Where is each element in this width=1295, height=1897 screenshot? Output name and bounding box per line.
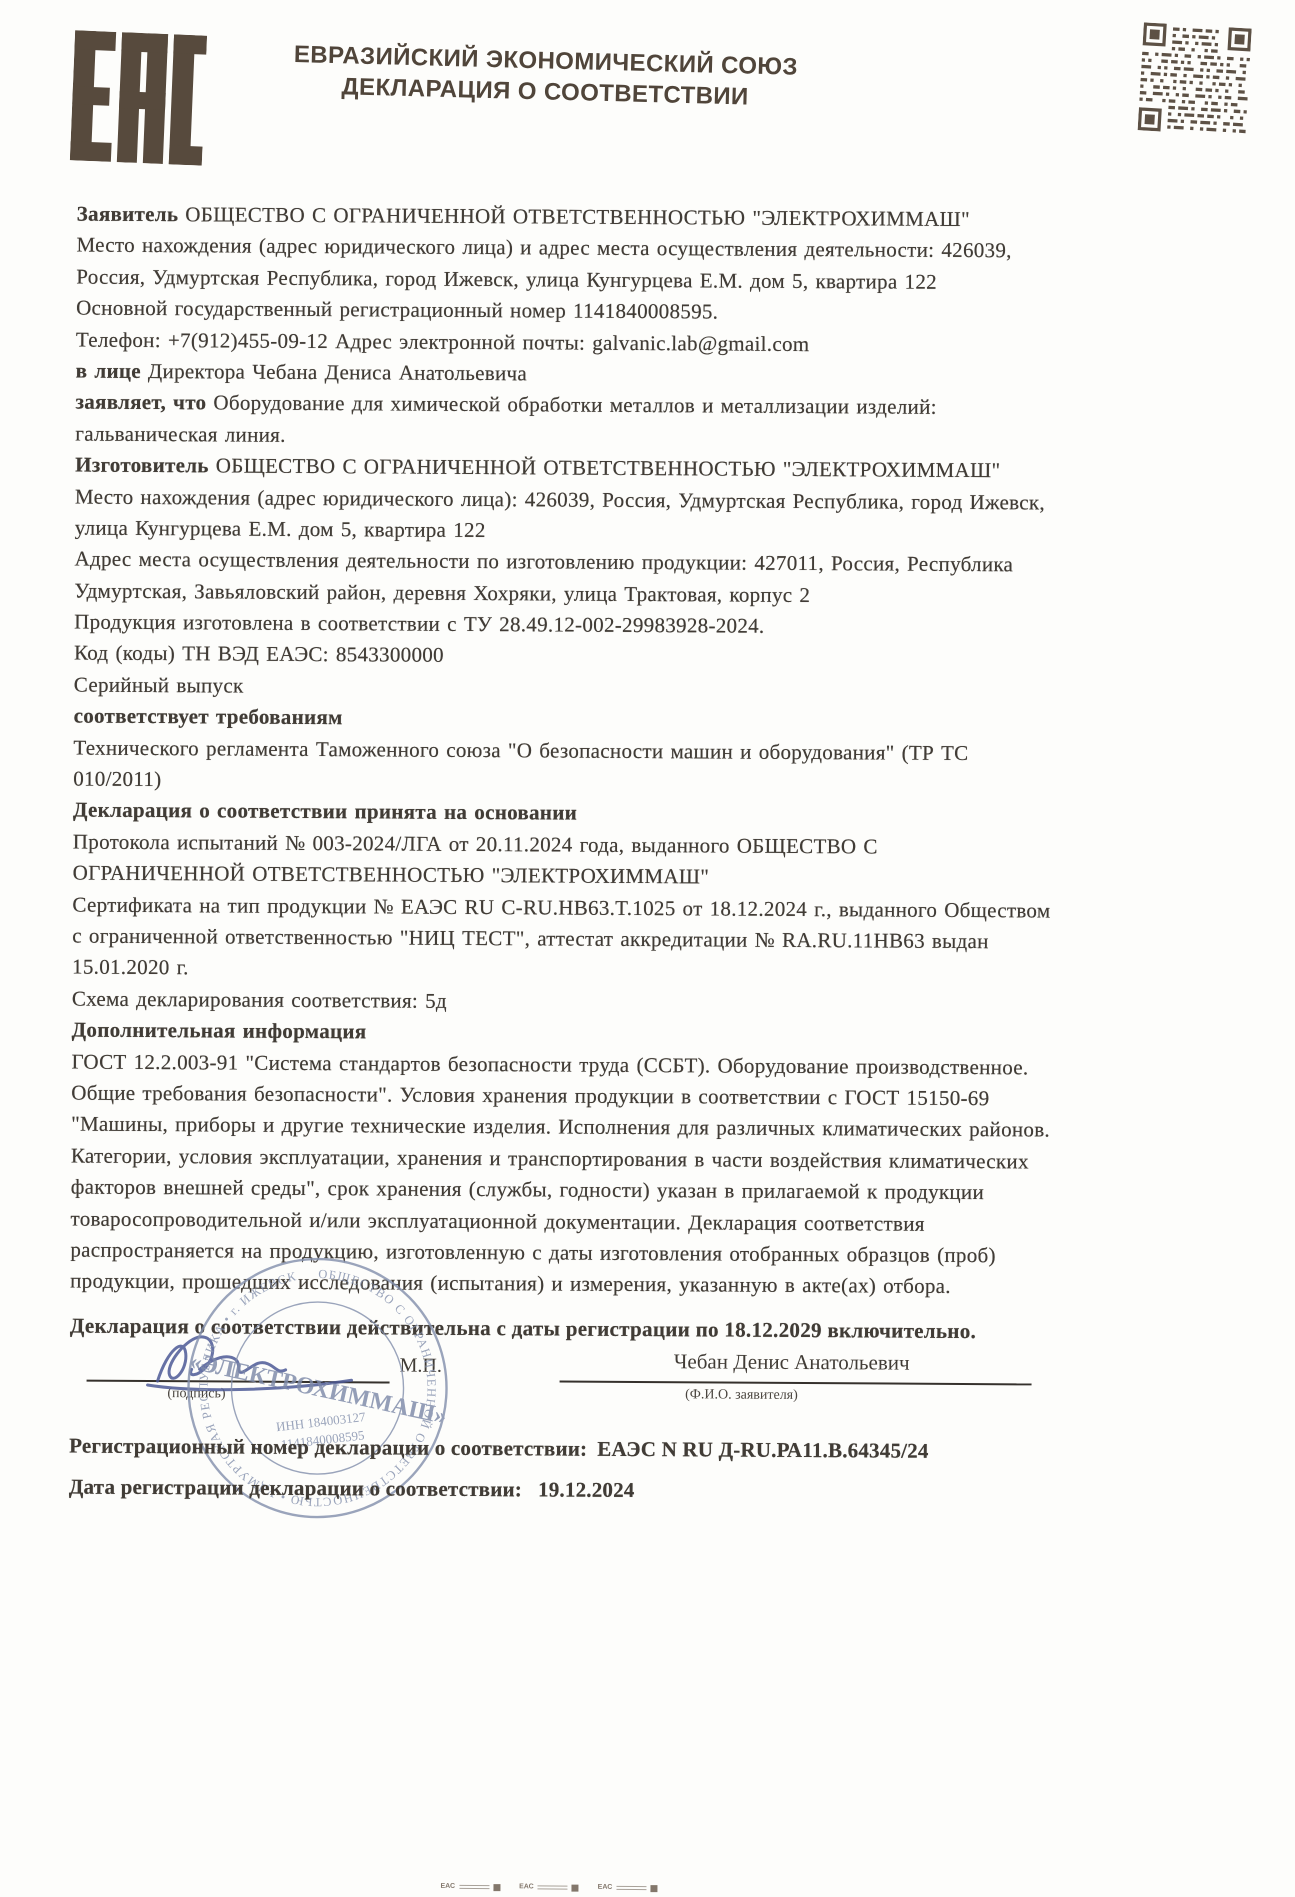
page-thumbnail: ЕАС: [519, 1883, 579, 1891]
doc-line-bold: Заявитель: [77, 202, 179, 227]
doc-line-bold: соответствует требованиям: [74, 704, 343, 730]
signer-name: Чебан Денис Анатольевич: [552, 1348, 1032, 1376]
registration-number-value: ЕАЭС N RU Д-RU.РА11.В.64345/24: [597, 1437, 928, 1463]
doc-line-text: ОБЩЕСТВО С ОГРАНИЧЕННОЙ ОТВЕТСТВЕННОСТЬЮ…: [178, 202, 970, 231]
registration-number-line: Регистрационный номер декларации о соотв…: [69, 1434, 929, 1464]
doc-line-text: "Машины, приборы и другие технические из…: [71, 1112, 1050, 1142]
registration-date-value: 19.12.2024: [538, 1477, 635, 1502]
thumb-eac-mark: ЕАС: [440, 1883, 455, 1891]
doc-line-text: ОГРАНИЧЕННОЙ ОТВЕТСТВЕННОСТЬЮ "ЭЛЕКТРОХИ…: [73, 861, 710, 889]
thumb-text-lines: [538, 1883, 568, 1891]
mp-seal-label: М.П.: [400, 1355, 442, 1378]
doc-line-text: 010/2011): [73, 767, 161, 792]
thumb-qr-icon: [650, 1885, 657, 1892]
fio-caption: (Ф.И.О. заявителя): [591, 1387, 891, 1405]
registration-number-label: Регистрационный номер декларации о соотв…: [69, 1434, 587, 1461]
page-thumbnails: ЕАС ЕАС ЕАС: [440, 1883, 657, 1892]
doc-line-text: Серийный выпуск: [74, 672, 244, 697]
doc-line-bold: в лице: [76, 359, 141, 383]
doc-line-text: Продукция изготовлена в соответствии с Т…: [74, 610, 764, 638]
declaration-document-page: ЕВРАЗИЙСКИЙ ЭКОНОМИЧЕСКИЙ СОЮЗ ДЕКЛАРАЦИ…: [0, 0, 1295, 1897]
thumb-text-lines: [459, 1883, 489, 1891]
doc-line-text: Россия, Удмуртская Республика, город Иже…: [76, 264, 937, 293]
doc-line-text: Директора Чебана Дениса Анатольевича: [141, 359, 527, 385]
doc-line-text: Место нахождения (адрес юридического лиц…: [75, 484, 1045, 514]
doc-line-text: с ограниченной ответственностью "НИЦ ТЕС…: [72, 924, 989, 954]
scan-rotation-layer: ЕВРАЗИЙСКИЙ ЭКОНОМИЧЕСКИЙ СОЮЗ ДЕКЛАРАЦИ…: [0, 0, 1295, 1897]
doc-line-text: Общие требования безопасности". Условия …: [71, 1080, 989, 1110]
doc-line-text: Категории, условия эксплуатации, хранени…: [71, 1143, 1029, 1173]
doc-line-bold: Дополнительная информация: [72, 1018, 367, 1044]
thumb-qr-icon: [493, 1884, 500, 1891]
signature-scribble: [139, 1319, 370, 1410]
doc-line-bold: Изготовитель: [75, 453, 209, 478]
doc-line-text: Оборудование для химической обработки ме…: [206, 391, 937, 419]
thumb-qr-icon: [572, 1885, 579, 1892]
doc-line-text: Адрес места осуществления деятельности п…: [75, 547, 1014, 577]
doc-line-text: Протокола испытаний № 003-2024/ЛГА от 20…: [73, 829, 878, 858]
doc-line-text: товаросопроводительной и/или эксплуатаци…: [70, 1206, 924, 1235]
page-thumbnail: ЕАС: [598, 1884, 658, 1892]
doc-line-bold: заявляет, что: [75, 390, 206, 415]
doc-line-text: Технического регламента Таможенного союз…: [73, 735, 968, 764]
doc-line-bold: Декларация о соответствии принята на осн…: [73, 798, 577, 825]
doc-line-text: 15.01.2020 г.: [72, 955, 189, 980]
doc-line-text: гальваническая линия.: [75, 421, 286, 446]
thumb-eac-mark: ЕАС: [598, 1884, 613, 1892]
stamp-inn-number: ИНН 184003127: [275, 1409, 367, 1434]
page-thumbnail: ЕАС: [440, 1883, 500, 1891]
doc-line-text: ГОСТ 12.2.003-91 "Система стандартов без…: [71, 1049, 1028, 1079]
doc-line-text: факторов внешней среды", срок хранения (…: [71, 1175, 984, 1205]
thumb-eac-mark: ЕАС: [519, 1883, 534, 1891]
doc-line-text: Сертификата на тип продукции № ЕАЭС RU C…: [72, 892, 1050, 922]
doc-line-text: Телефон: +7(912)455-09-12 Адрес электрон…: [76, 327, 810, 355]
doc-line-text: продукции, прошедших исследования (испыт…: [70, 1269, 951, 1298]
doc-line-text: Основной государственный регистрационный…: [76, 296, 718, 324]
doc-line-text: ОБЩЕСТВО С ОГРАНИЧЕННОЙ ОТВЕТСТВЕННОСТЬЮ…: [209, 453, 1001, 482]
signer-name-line: [560, 1381, 1032, 1386]
doc-line-text: Схема декларирования соответствия: 5д: [72, 986, 447, 1012]
thumb-text-lines: [616, 1884, 646, 1892]
document-body: Заявитель ОБЩЕСТВО С ОГРАНИЧЕННОЙ ОТВЕТС…: [70, 199, 1257, 1305]
registration-date-label: Дата регистрации декларации о соответств…: [69, 1475, 522, 1502]
qr-code-icon: [1137, 22, 1251, 141]
doc-line-text: улица Кунгурцева Е.М. дом 5, квартира 12…: [75, 515, 486, 542]
doc-line-text: Место нахождения (адрес юридического лиц…: [76, 233, 1011, 263]
doc-line-text: Удмуртская, Завьяловский район, деревня …: [74, 578, 810, 606]
doc-line: продукции, прошедших исследования (испыт…: [70, 1266, 1250, 1305]
registration-date-line: Дата регистрации декларации о соответств…: [69, 1475, 635, 1503]
doc-line-text: распространяется на продукцию, изготовле…: [70, 1237, 996, 1267]
doc-line-text: Код (коды) ТН ВЭД ЕАЭС: 8543300000: [74, 641, 444, 667]
